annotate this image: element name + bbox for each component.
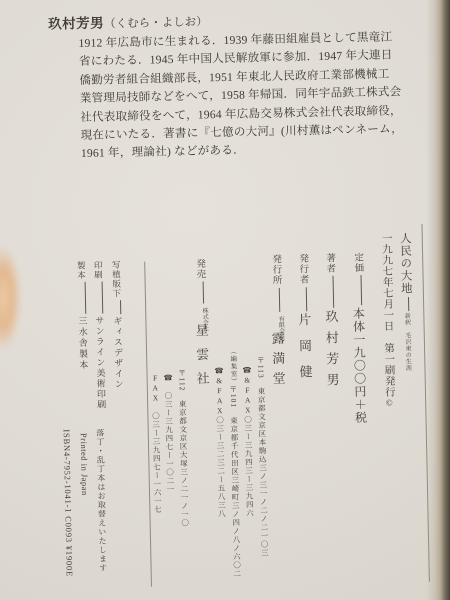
author-bio-paragraph: 1912 年広島市に生まれる．1939 年藤田組雇員として黒竜江 省にわたる．1…	[48, 28, 429, 165]
publishing-house-column: 発行所有限会社露満堂	[266, 254, 288, 392]
postal-code: 〒113	[256, 356, 265, 379]
binding-value: 三水舎製本	[77, 316, 88, 371]
book-colophon-photo: 玖村芳男（くむら・よしお） 1912 年広島市に生まれる．1939 年藤田組雇員…	[0, 0, 450, 600]
publishing-house-corp-type: 有限会社	[277, 315, 284, 329]
distributor-tel-column: ☎ 〇三ー三九四七ー一〇二一	[163, 373, 177, 494]
typesetting-column: 写植版下ギィスデザイン	[107, 260, 128, 390]
publisher-column: 発行者片岡健	[293, 253, 315, 391]
author-column: 著者玖村芳男	[320, 253, 342, 394]
publisher-label: 発行者	[297, 253, 308, 285]
book-subtitle: 新釈 毛沢東の生涯	[403, 313, 410, 372]
author-dash-line	[333, 276, 335, 308]
binding-dash-line	[85, 282, 87, 314]
price-value: 本体一九〇〇円＋税	[351, 307, 367, 424]
edition-column: 一九九七年七月一日 第一刷発行©	[379, 232, 398, 408]
author-name-kana: （くむら・よしお）	[104, 16, 208, 30]
tel-fax-icon: ☎&FAX	[242, 365, 252, 415]
distributor-name: 星雲社	[193, 323, 210, 395]
printing-label: 印刷	[93, 261, 103, 280]
binding-column: 製本三水舎製本	[72, 261, 92, 371]
book-title-column: 人民の大地新釈 毛沢東の生涯	[397, 232, 416, 371]
distributor-corp-type: 株式会社	[201, 307, 208, 321]
editorial-office-address-column: （編集室）〒101 東京都千代田区三崎町三ノ四ノ八ノ六〇二	[227, 348, 243, 578]
book-title: 人民の大地	[399, 232, 412, 295]
binding-label: 製本	[76, 261, 86, 280]
editorial-office-tel: 〇三ー三二三二ー五八三八	[215, 416, 226, 518]
printing-column: 印刷サンライン美術印刷	[89, 260, 110, 410]
typesetting-dash-line	[120, 300, 121, 314]
publisher-dash-line	[306, 287, 308, 311]
book-page: 玖村芳男（くむら・よしお） 1912 年広島市に生まれる．1939 年藤田組雇員…	[0, 0, 450, 600]
distributor-column: 発売株式会社星雲社	[190, 258, 212, 395]
editorial-office-address: 東京都千代田区三崎町三ノ四ノ八ノ六〇二	[229, 416, 241, 578]
author-bio: 玖村芳男（くむら・よしお） 1912 年広島市に生まれる．1939 年藤田組雇員…	[48, 5, 429, 165]
printing-dash-line	[102, 282, 104, 314]
author-label: 著者	[324, 253, 334, 274]
price-column: 定価本体一九〇〇円＋税	[348, 252, 370, 424]
defect-replacement-notice: 落丁・乱丁本はお取替えいたします	[95, 429, 109, 573]
publishing-house-name: 露満堂	[270, 331, 286, 391]
publishing-house-tel: 〇三ー三九四三ー三九四六	[243, 415, 254, 517]
distributor-address-column: 〒112 東京都文京区大塚三ノ二一ノ一〇	[176, 369, 190, 528]
distributor-fax-column: FAX 〇三ー三九四七ー一六一七	[150, 373, 164, 514]
distributor-label: 発売	[194, 258, 204, 279]
postal-code: 〒112	[177, 369, 186, 392]
author-value: 玖村芳男	[323, 310, 340, 394]
publishing-house-label: 発行所	[270, 254, 281, 286]
postal-code: 〒101	[229, 385, 238, 408]
copyright-mark: ©	[384, 397, 394, 408]
publishing-house-tel-column: ☎&FAX〇三ー三九四三ー三九四六	[241, 365, 255, 517]
title-dash-line	[408, 297, 409, 311]
distributor-tel: 〇三ー三九四七ー一〇二一	[164, 392, 175, 494]
price-label: 定価	[352, 252, 362, 273]
typesetting-value: ギィスデザイン	[112, 316, 124, 390]
page-edge-shadow	[426, 0, 450, 600]
distributor-dash-line	[203, 281, 204, 303]
author-name: 玖村芳男	[48, 15, 104, 31]
publisher-value: 片岡健	[296, 313, 313, 391]
distributor-fax: 〇三ー三九四七ー一六一七	[151, 412, 162, 514]
telephone-icon: ☎	[164, 373, 173, 383]
tel-fax-icon: ☎&FAX	[214, 366, 224, 416]
printing-value: サンライン美術印刷	[94, 316, 106, 411]
edition-line: 一九九七年七月一日 第一刷発行	[381, 232, 395, 397]
isbn-code: ISBN4-7952-1041-1 C0093 ¥1900E	[62, 429, 75, 577]
typesetting-label: 写植版下	[111, 260, 122, 298]
price-dash-line	[361, 275, 363, 305]
publishing-house-address: 東京都文京区本駒込三ノ三一ノ二ノ二一〇三	[257, 387, 270, 557]
editorial-office-label: （編集室）	[229, 348, 237, 386]
publishing-house-dash-line	[279, 287, 281, 311]
distributor-address: 東京都文京区大塚三ノ二一ノ一〇	[178, 400, 190, 528]
printed-in-japan: Printed in Japan	[79, 433, 90, 496]
fax-label: FAX	[151, 373, 161, 403]
editorial-office-tel-column: ☎&FAX〇三ー三二三二ー五八三八	[213, 366, 227, 518]
